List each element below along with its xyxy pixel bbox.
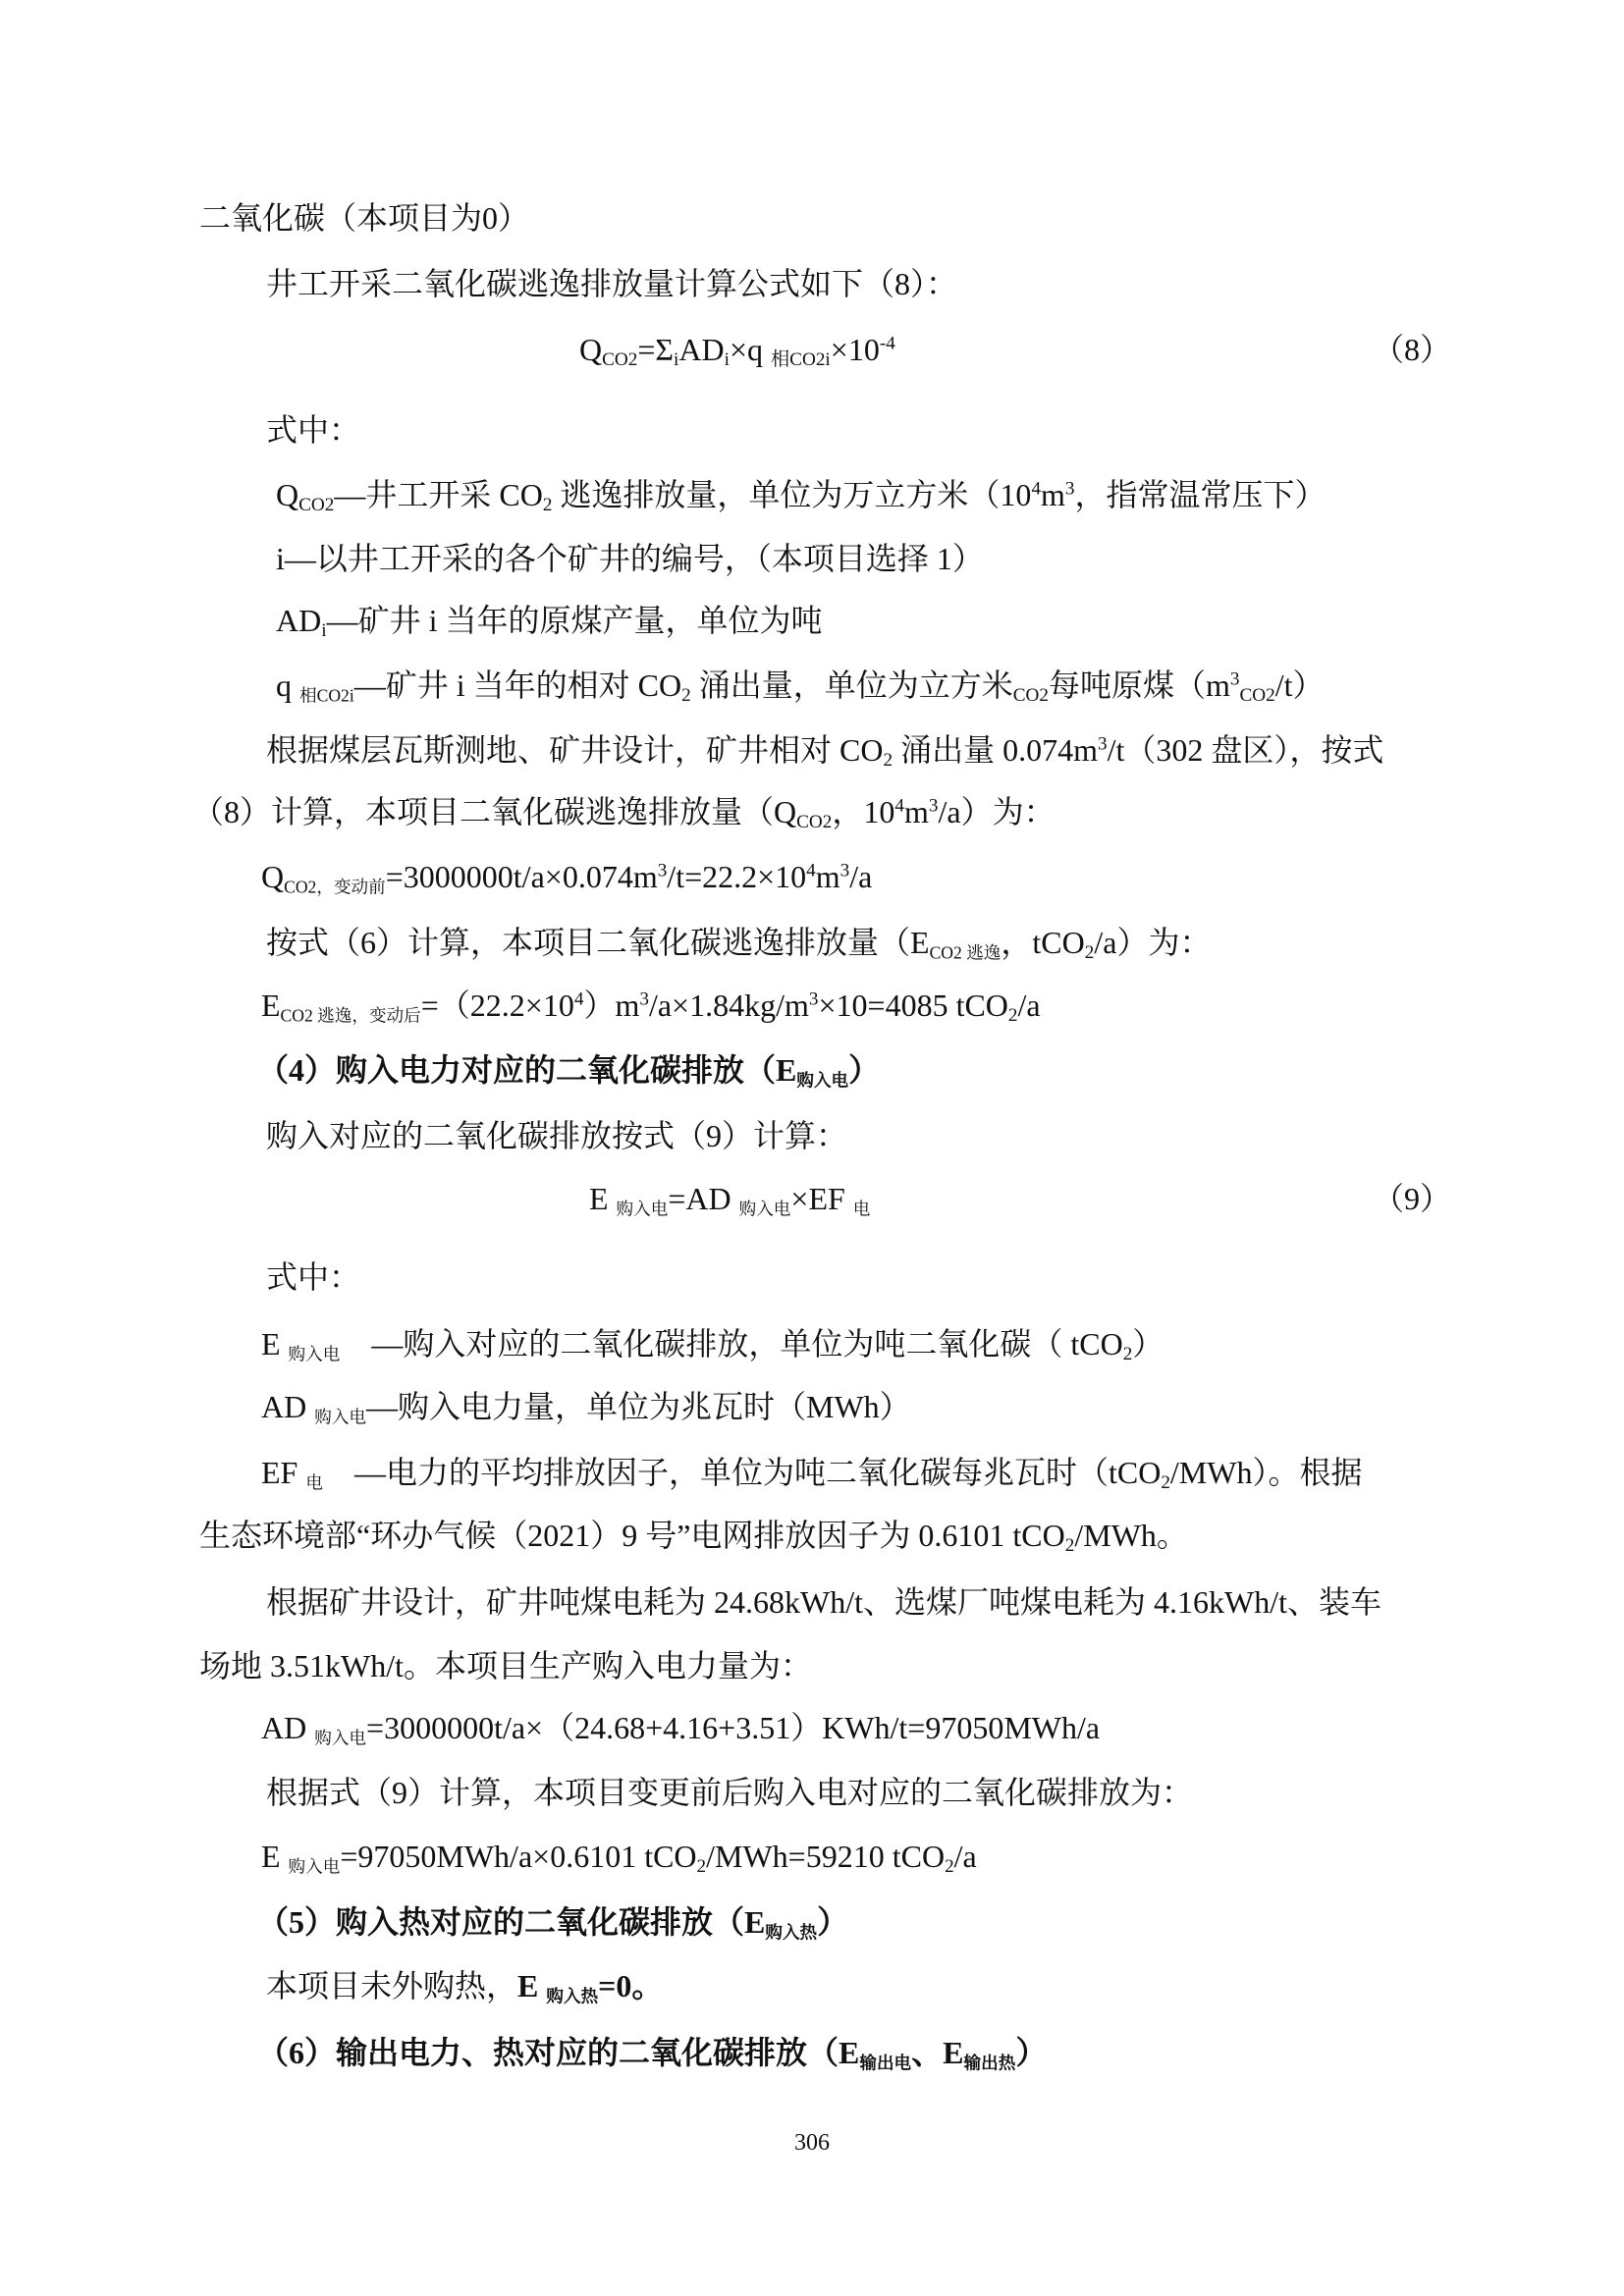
equation-number: （8） bbox=[1373, 330, 1451, 369]
text-line: 购入对应的二氧化碳排放按式（9）计算： bbox=[266, 1116, 847, 1155]
definition-line: q 相CO2i—矿井 i 当年的相对 CO2 涌出量，单位为立方米CO2每吨原煤… bbox=[276, 666, 1325, 705]
section-heading-4: （4）购入电力对应的二氧化碳排放（E购入电） bbox=[257, 1050, 880, 1090]
section-heading-6: （6）输出电力、热对应的二氧化碳排放（E输出电、E输出热） bbox=[257, 2033, 1047, 2072]
text-line: 按式（6）计算，本项目二氧化碳逃逸排放量（ECO2 逃逸，tCO2/a）为： bbox=[266, 923, 1211, 962]
calculation-line: ECO2 逃逸，变动后=（22.2×104）m3/a×1.84kg/m3×10=… bbox=[261, 986, 1041, 1025]
text-line: 场地 3.51kWh/t。本项目生产购入电力量为： bbox=[199, 1646, 812, 1685]
definition-line: AD 购入电—购入电力量，单位为兆瓦时（MWh） bbox=[261, 1387, 911, 1426]
text-line: 根据式（9）计算，本项目变更前后购入电对应的二氧化碳排放为： bbox=[266, 1773, 1193, 1812]
text-line: 本项目未外购热，E 购入热=0。 bbox=[266, 1966, 663, 2005]
text-line: 式中： bbox=[266, 410, 360, 450]
text-line: （8）计算，本项目二氧化碳逃逸排放量（QCO2，104m3/a）为： bbox=[192, 792, 1056, 831]
definition-line: QCO2—井工开采 CO2 逃逸排放量，单位为万立方米（104m3，指常温常压下… bbox=[276, 475, 1326, 514]
section-heading-5: （5）购入热对应的二氧化碳排放（E购入热） bbox=[257, 1902, 848, 1942]
formula-9: E 购入电=AD 购入电×EF 电 bbox=[589, 1179, 870, 1218]
page-number: 306 bbox=[0, 2130, 1624, 2157]
definition-line: i—以井工开采的各个矿井的编号，（本项目选择 1） bbox=[276, 539, 984, 578]
text-line: 生态环境部“环办气候（2021）9 号”电网排放因子为 0.6101 tCO2/… bbox=[199, 1516, 1188, 1555]
definition-line: ADi—矿井 i 当年的原煤产量，单位为吨 bbox=[276, 601, 822, 640]
calculation-line: E 购入电=97050MWh/a×0.6101 tCO2/MWh=59210 t… bbox=[261, 1837, 977, 1876]
equation-number: （9） bbox=[1373, 1179, 1451, 1218]
calculation-line: AD 购入电=3000000t/a×（24.68+4.16+3.51）KWh/t… bbox=[261, 1708, 1100, 1747]
text-line: 式中： bbox=[266, 1257, 360, 1297]
text-line: 根据矿井设计，矿井吨煤电耗为 24.68kWh/t、选煤厂吨煤电耗为 4.16k… bbox=[266, 1582, 1381, 1622]
text-line: 二氧化碳（本项目为0） bbox=[199, 198, 529, 238]
definition-line: EF 电 —电力的平均排放因子，单位为吨二氧化碳每兆瓦时（tCO2/MWh）。根… bbox=[261, 1453, 1362, 1492]
formula-8: QCO2=ΣiADi×q 相CO2i×10-4 bbox=[579, 330, 895, 369]
definition-line: E 购入电 —购入对应的二氧化碳排放，单位为吨二氧化碳（ tCO2） bbox=[261, 1324, 1164, 1363]
text-line: 井工开采二氧化碳逃逸排放量计算公式如下（8）： bbox=[266, 264, 957, 303]
calculation-line: QCO2，变动前=3000000t/a×0.074m3/t=22.2×104m3… bbox=[261, 857, 872, 896]
text-line: 根据煤层瓦斯测地、矿井设计，矿井相对 CO2 涌出量 0.074m3/t（302… bbox=[266, 730, 1383, 770]
